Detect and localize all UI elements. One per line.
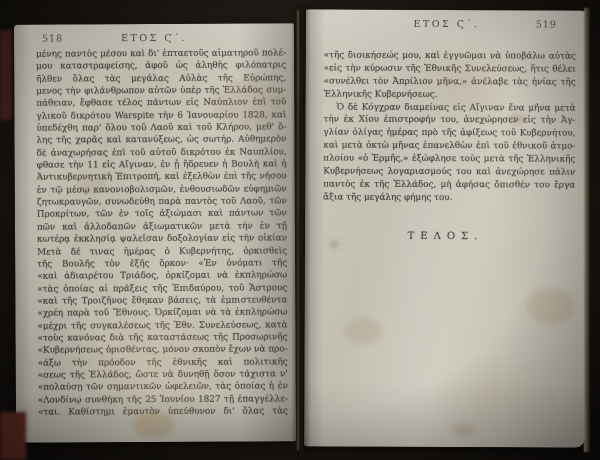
text-line: καὶ μετὰ ὀκτὼ μῆνας ἐπανελθὼν ἐπὶ τοῦ ἐθ…	[323, 140, 575, 154]
fore-edge-pages	[584, 8, 590, 452]
text-line: μου καταστραφείσης, ἀφοῦ ὡς ἀληθὴς φιλόπ…	[36, 60, 286, 74]
text-line: κωτέρᾳ ἐκκλησίᾳ ψαλεῖσαν δοξολογίαν εἰς …	[37, 232, 287, 246]
text-line: «συνέλθει τὸν Ἀπρίλιον μῆνα,» ἀνέλαβε τὰ…	[324, 75, 576, 89]
text-line: Κυβερνήσεως λογαριασμούς του καὶ ἀνεχώρη…	[323, 165, 575, 179]
text-line: «εἰς τὴν κύρωσιν τῆς Ἐθνικῆς Συνελεύσεως…	[324, 62, 576, 76]
stain	[452, 424, 476, 436]
text-line: Ὁ δὲ Κόγχραν διαμείνας εἰς Αἴγιναν ἕνα μ…	[323, 101, 575, 115]
cover-edge-bottom-left	[0, 412, 26, 460]
text-line: «μέχρι τῆς συγκαλέσεως τῆς Ἐθν. Συνελεύσ…	[37, 319, 287, 333]
text-line: λης τῆς χαρᾶς καὶ κατανύξεως, ὡς σωτήρ. …	[36, 134, 286, 148]
stain	[344, 318, 382, 344]
finis-label: ΤΕΛΟΣ.	[305, 230, 586, 242]
book-page-right: ΕΤΟΣ Ϛ΄. 519 «τῆς διοικήσεώς μου, καὶ ἐγ…	[304, 9, 587, 447]
text-line: «καὶ ἀδιαιρέτου Τριάδος, ὁρκίζομαι νὰ ἐκ…	[37, 269, 287, 283]
book-gutter-crease	[297, 10, 299, 450]
text-line: «ται. Καθίστημι ἐμαυτὸν ὑπεύθυνον δι' ὅλ…	[38, 405, 288, 419]
text-line: «τῆς διοικήσεώς μου, καὶ ἐγγυῶμαι νὰ ὑπο…	[324, 49, 576, 63]
stain	[527, 288, 575, 324]
text-line: «πολαύσῃ τῶν σημαντικῶν ὠφελειῶν, τὰς ὁπ…	[38, 381, 288, 395]
stain	[331, 242, 338, 248]
text-line: «Κυβερνήσεως ὁρισθέντας, μόνον σκοπὸν ἔχ…	[38, 344, 288, 358]
page-number-right: 519	[536, 19, 557, 30]
book-page-left: 518 ΕΤΟΣ Ϛ΄. μένης παντὸς μέσου καὶ δι' …	[14, 23, 296, 442]
text-line: πάθειαν, ἔφθασε τέλος πάντων εἰς Ναύπλιο…	[36, 97, 286, 111]
book-photo: 518 ΕΤΟΣ Ϛ΄. μένης παντὸς μέσου καὶ δι' …	[0, 0, 600, 460]
text-line: Προκρίτων, τῶν ἐν τοῖς ἀξιώμασι καὶ πάντ…	[37, 208, 287, 222]
running-header-left: ΕΤΟΣ Ϛ΄.	[14, 32, 294, 44]
stain	[424, 350, 564, 441]
text-line: πλοίου «ὁ Ἑρμῆς,» ἐξώφλησε τοὺς μετὰ τῆς…	[323, 153, 575, 167]
text-line: ἄξια τῆς μεγάλης φήμης του.	[323, 191, 575, 205]
text-line: Ἑλληνικῆς Κυβερνήσεως.	[324, 88, 576, 102]
text-line: Μετὰ δέ τινας ἡμέρας ὁ Κυβερνήτης, ὁρκισ…	[37, 245, 287, 259]
text-line: παντὸς ἐκ τῆς Ἑλλάδος, μὴ ἀφήσας ὄπισθέν…	[323, 178, 575, 192]
page-text-right: «τῆς διοικήσεώς μου, καὶ ἐγγυῶμαι νὰ ὑπο…	[323, 49, 576, 212]
cover-edge-left	[0, 30, 12, 120]
text-line: Ἀντικυβερνητικὴ Ἐπιτροπή, καὶ ἐξελθὼν ἐπ…	[37, 171, 287, 185]
text-line: τὴν ἐκ Χίου ἐπιστροφήν του, ἀνεχώρησεν ε…	[323, 114, 575, 128]
text-line: «τὰς ὁποίας αἱ πράξεις τῆς Ἐπιδαύρου, το…	[37, 282, 287, 296]
text-line: «χρέη παρὰ τοῦ Ἔθνους. Ὁρκίζομαι νὰ τὰ ἐ…	[37, 307, 287, 321]
page-text-left: μένης παντὸς μέσου καὶ δι' ἑπταετοῦς αἱμ…	[36, 47, 288, 430]
text-line: γλίαν ὀλίγας ἡμέρας πρὸ τῆς ἀφίξεως τοῦ …	[323, 127, 575, 141]
